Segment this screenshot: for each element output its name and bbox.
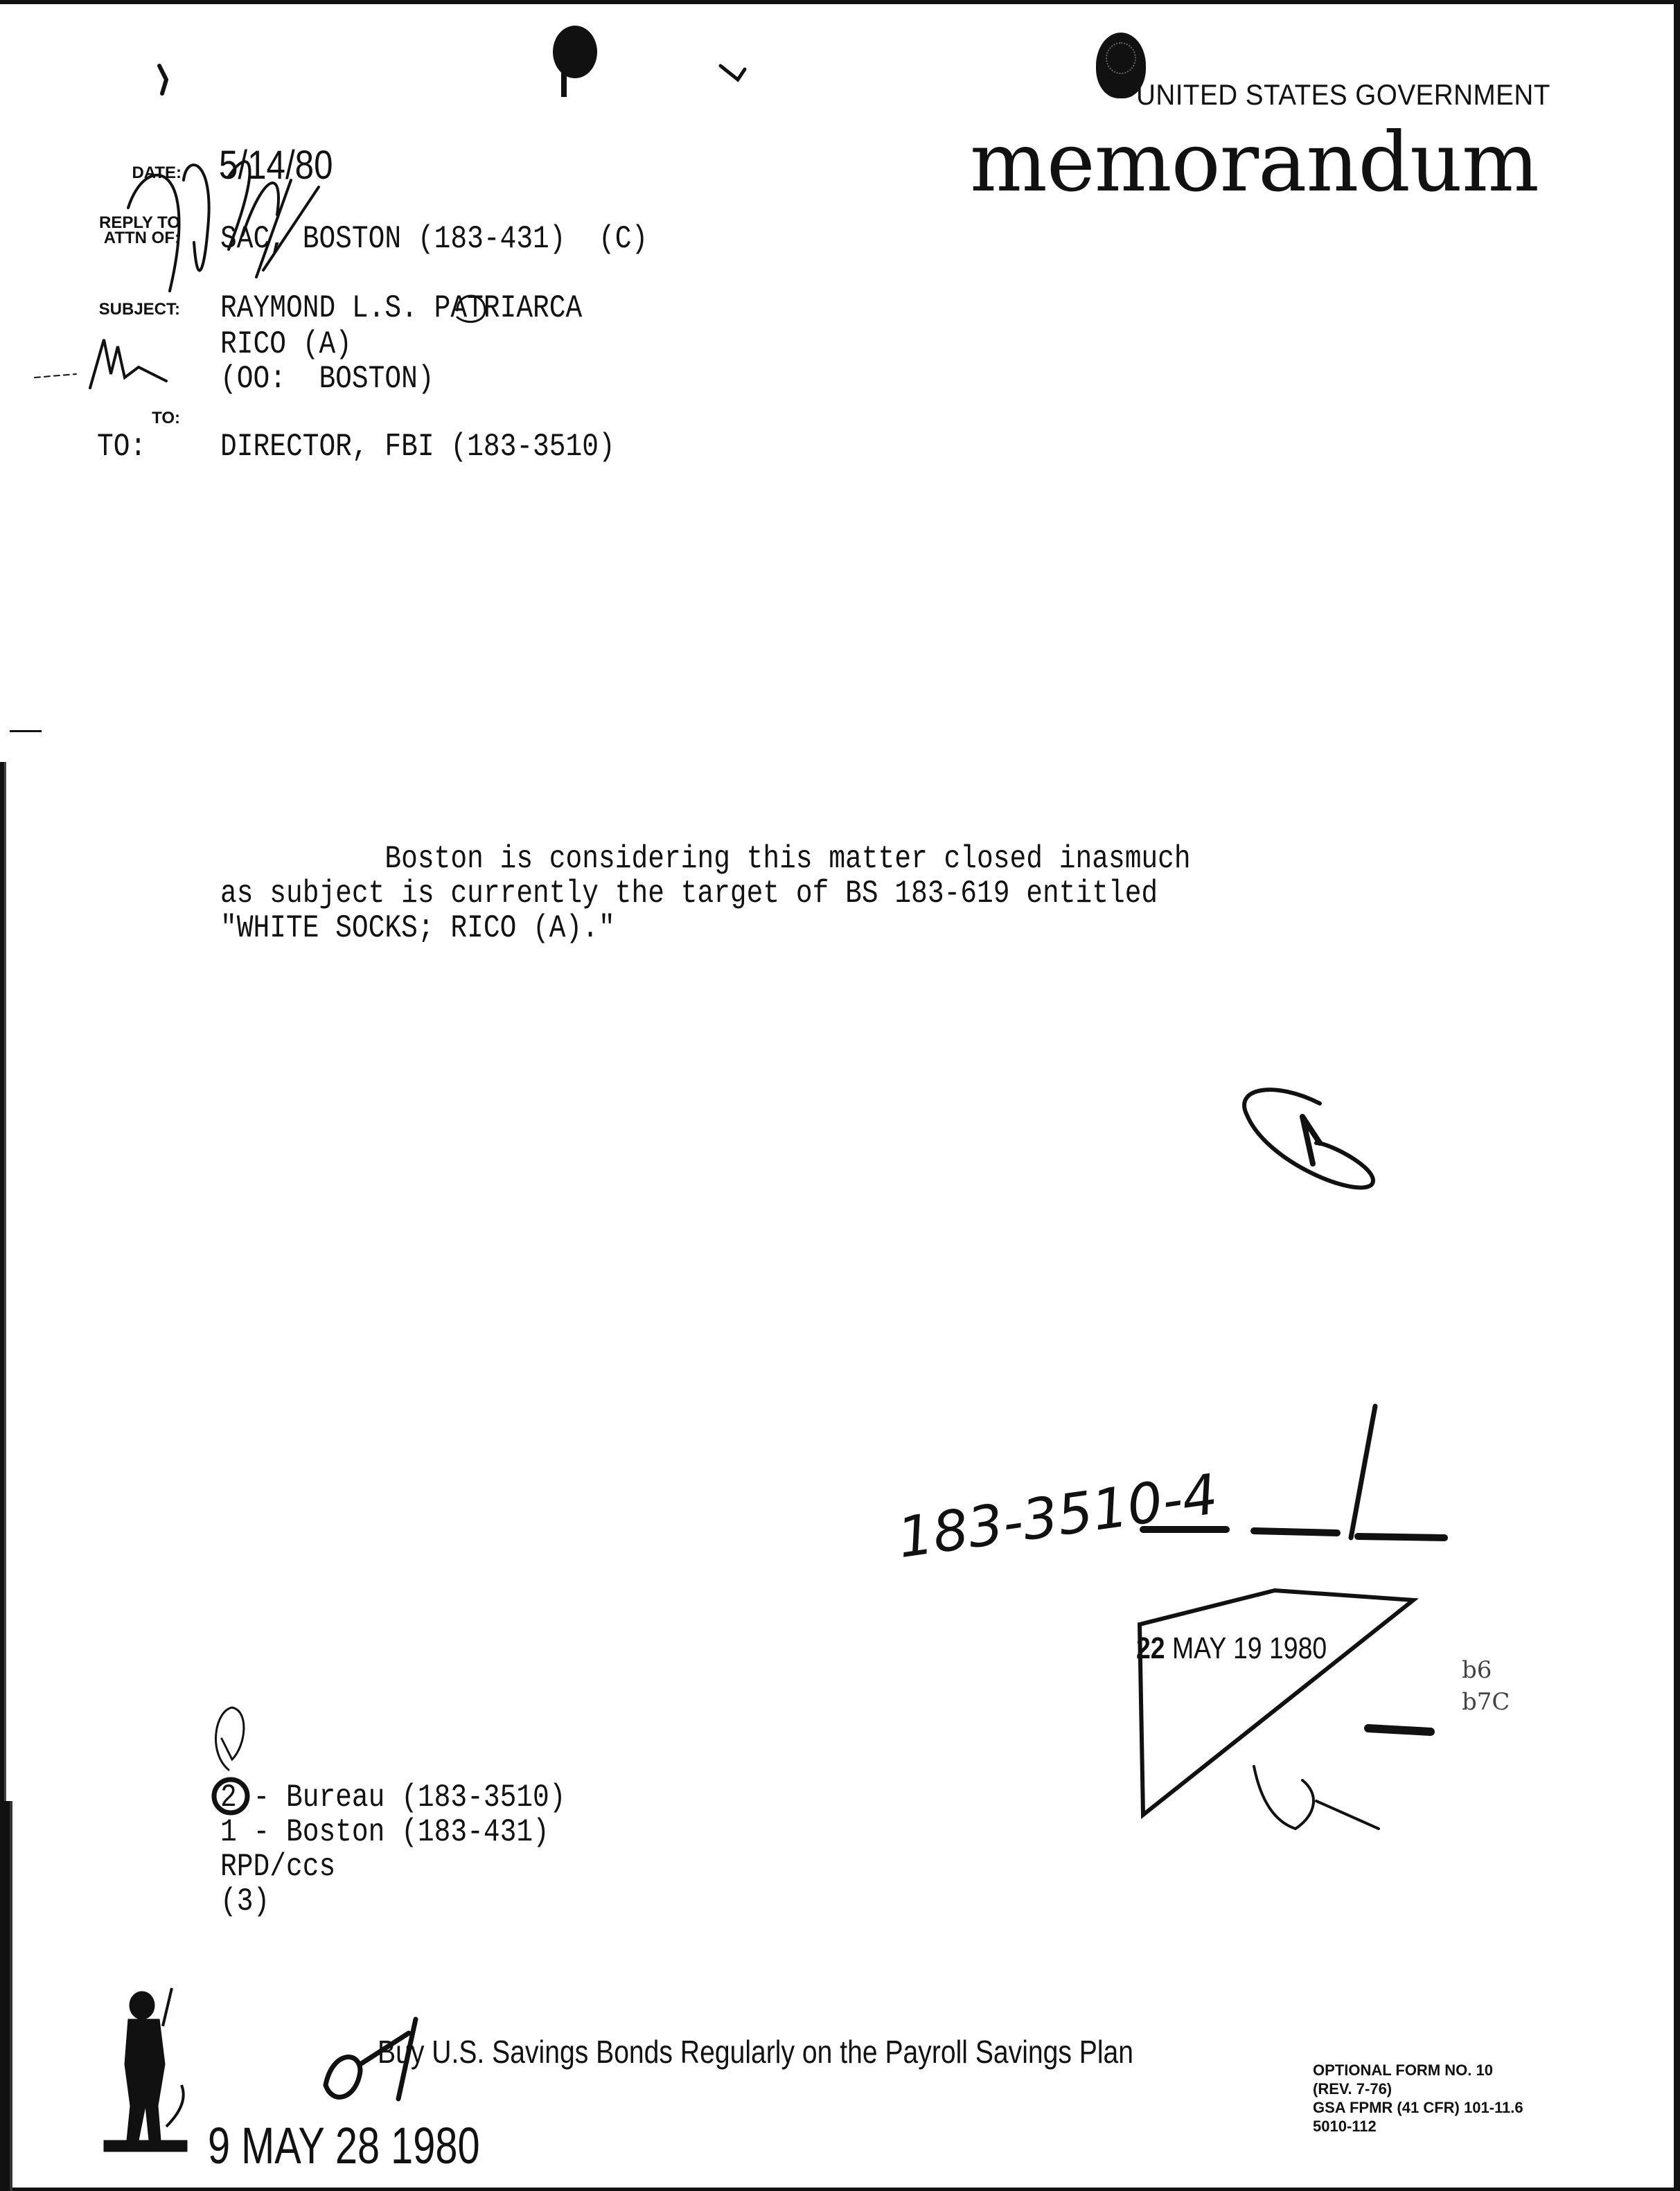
scan-mark xyxy=(10,730,42,732)
to-label-printed: TO: xyxy=(104,409,180,428)
body-line: Boston is considering this matter closed… xyxy=(220,842,1191,876)
received-stamp-date: MAY 19 1980 xyxy=(1172,1631,1327,1665)
distribution-line: 1 - Boston (183-431) xyxy=(220,1815,549,1850)
received-date-stamp: 22 MAY 19 1980 xyxy=(1136,1631,1327,1666)
distribution-line: (3) xyxy=(220,1884,269,1919)
routing-triangle xyxy=(1140,1590,1413,1815)
exemption-code: b6 xyxy=(1462,1654,1510,1686)
reply-to-value: SAC, BOSTON (183-431) (C) xyxy=(220,222,648,256)
handwritten-file-serial: 183-3510-4 xyxy=(894,1462,1221,1570)
form-line: GSA FPMR (41 CFR) 101-11.6 xyxy=(1313,2098,1523,2117)
filed-date-stamp: 9 MAY 28 1980 xyxy=(208,2116,480,2175)
distribution-line: RPD/ccs xyxy=(220,1850,335,1884)
subject-line: RICO (A) xyxy=(220,327,352,362)
letterhead-issuer: UNITED STATES GOVERNMENT xyxy=(1136,78,1550,112)
date-value: 5/14/80 xyxy=(219,142,333,188)
routing-initials xyxy=(1254,1766,1379,1829)
scan-edge-shadow-bottom xyxy=(0,1801,18,2191)
subject-label: SUBJECT: xyxy=(55,300,180,319)
to-value: DIRECTOR, FBI (183-3510) xyxy=(220,429,615,464)
to-label-typed: TO: xyxy=(97,429,146,464)
exemption-code: b7C xyxy=(1462,1686,1510,1718)
distribution-line: 2 - Bureau (183-3510) xyxy=(220,1780,566,1815)
foia-exemption-codes: b6 b7C xyxy=(1462,1654,1510,1718)
savings-bonds-slogan: Buy U.S. Savings Bonds Regularly on the … xyxy=(378,2033,1133,2070)
form-line: 5010-112 xyxy=(1313,2117,1523,2136)
form-number-block: OPTIONAL FORM NO. 10 (REV. 7-76) GSA FPM… xyxy=(1313,2061,1523,2136)
form-line: OPTIONAL FORM NO. 10 xyxy=(1313,2061,1523,2079)
page-border-bottom xyxy=(0,2188,1680,2191)
body-line: as subject is currently the target of BS… xyxy=(220,876,1158,911)
circled-a-annotation xyxy=(1244,1090,1373,1187)
subject-line: (OO: BOSTON) xyxy=(220,362,434,396)
ink-speck-icon xyxy=(159,66,166,94)
punch-hole-icon xyxy=(553,26,597,78)
subject-line: RAYMOND L.S. PATRIARCA xyxy=(220,291,582,326)
handwritten-initials xyxy=(90,339,166,388)
minuteman-logo-icon xyxy=(104,1988,187,2152)
letterhead-title: memorandum xyxy=(970,114,1539,210)
reply-to-label-line2: ATTN OF: xyxy=(48,231,180,246)
date-label: DATE: xyxy=(69,163,182,183)
received-stamp-day: 22 xyxy=(1136,1631,1165,1665)
body-line: "WHITE SOCKS; RICO (A)." xyxy=(220,911,615,946)
page-border-right xyxy=(1674,0,1680,2191)
form-line: (REV. 7-76) xyxy=(1313,2079,1523,2098)
page-border-top xyxy=(0,0,1680,4)
reply-to-label: REPLY TO ATTN OF: xyxy=(48,215,180,246)
